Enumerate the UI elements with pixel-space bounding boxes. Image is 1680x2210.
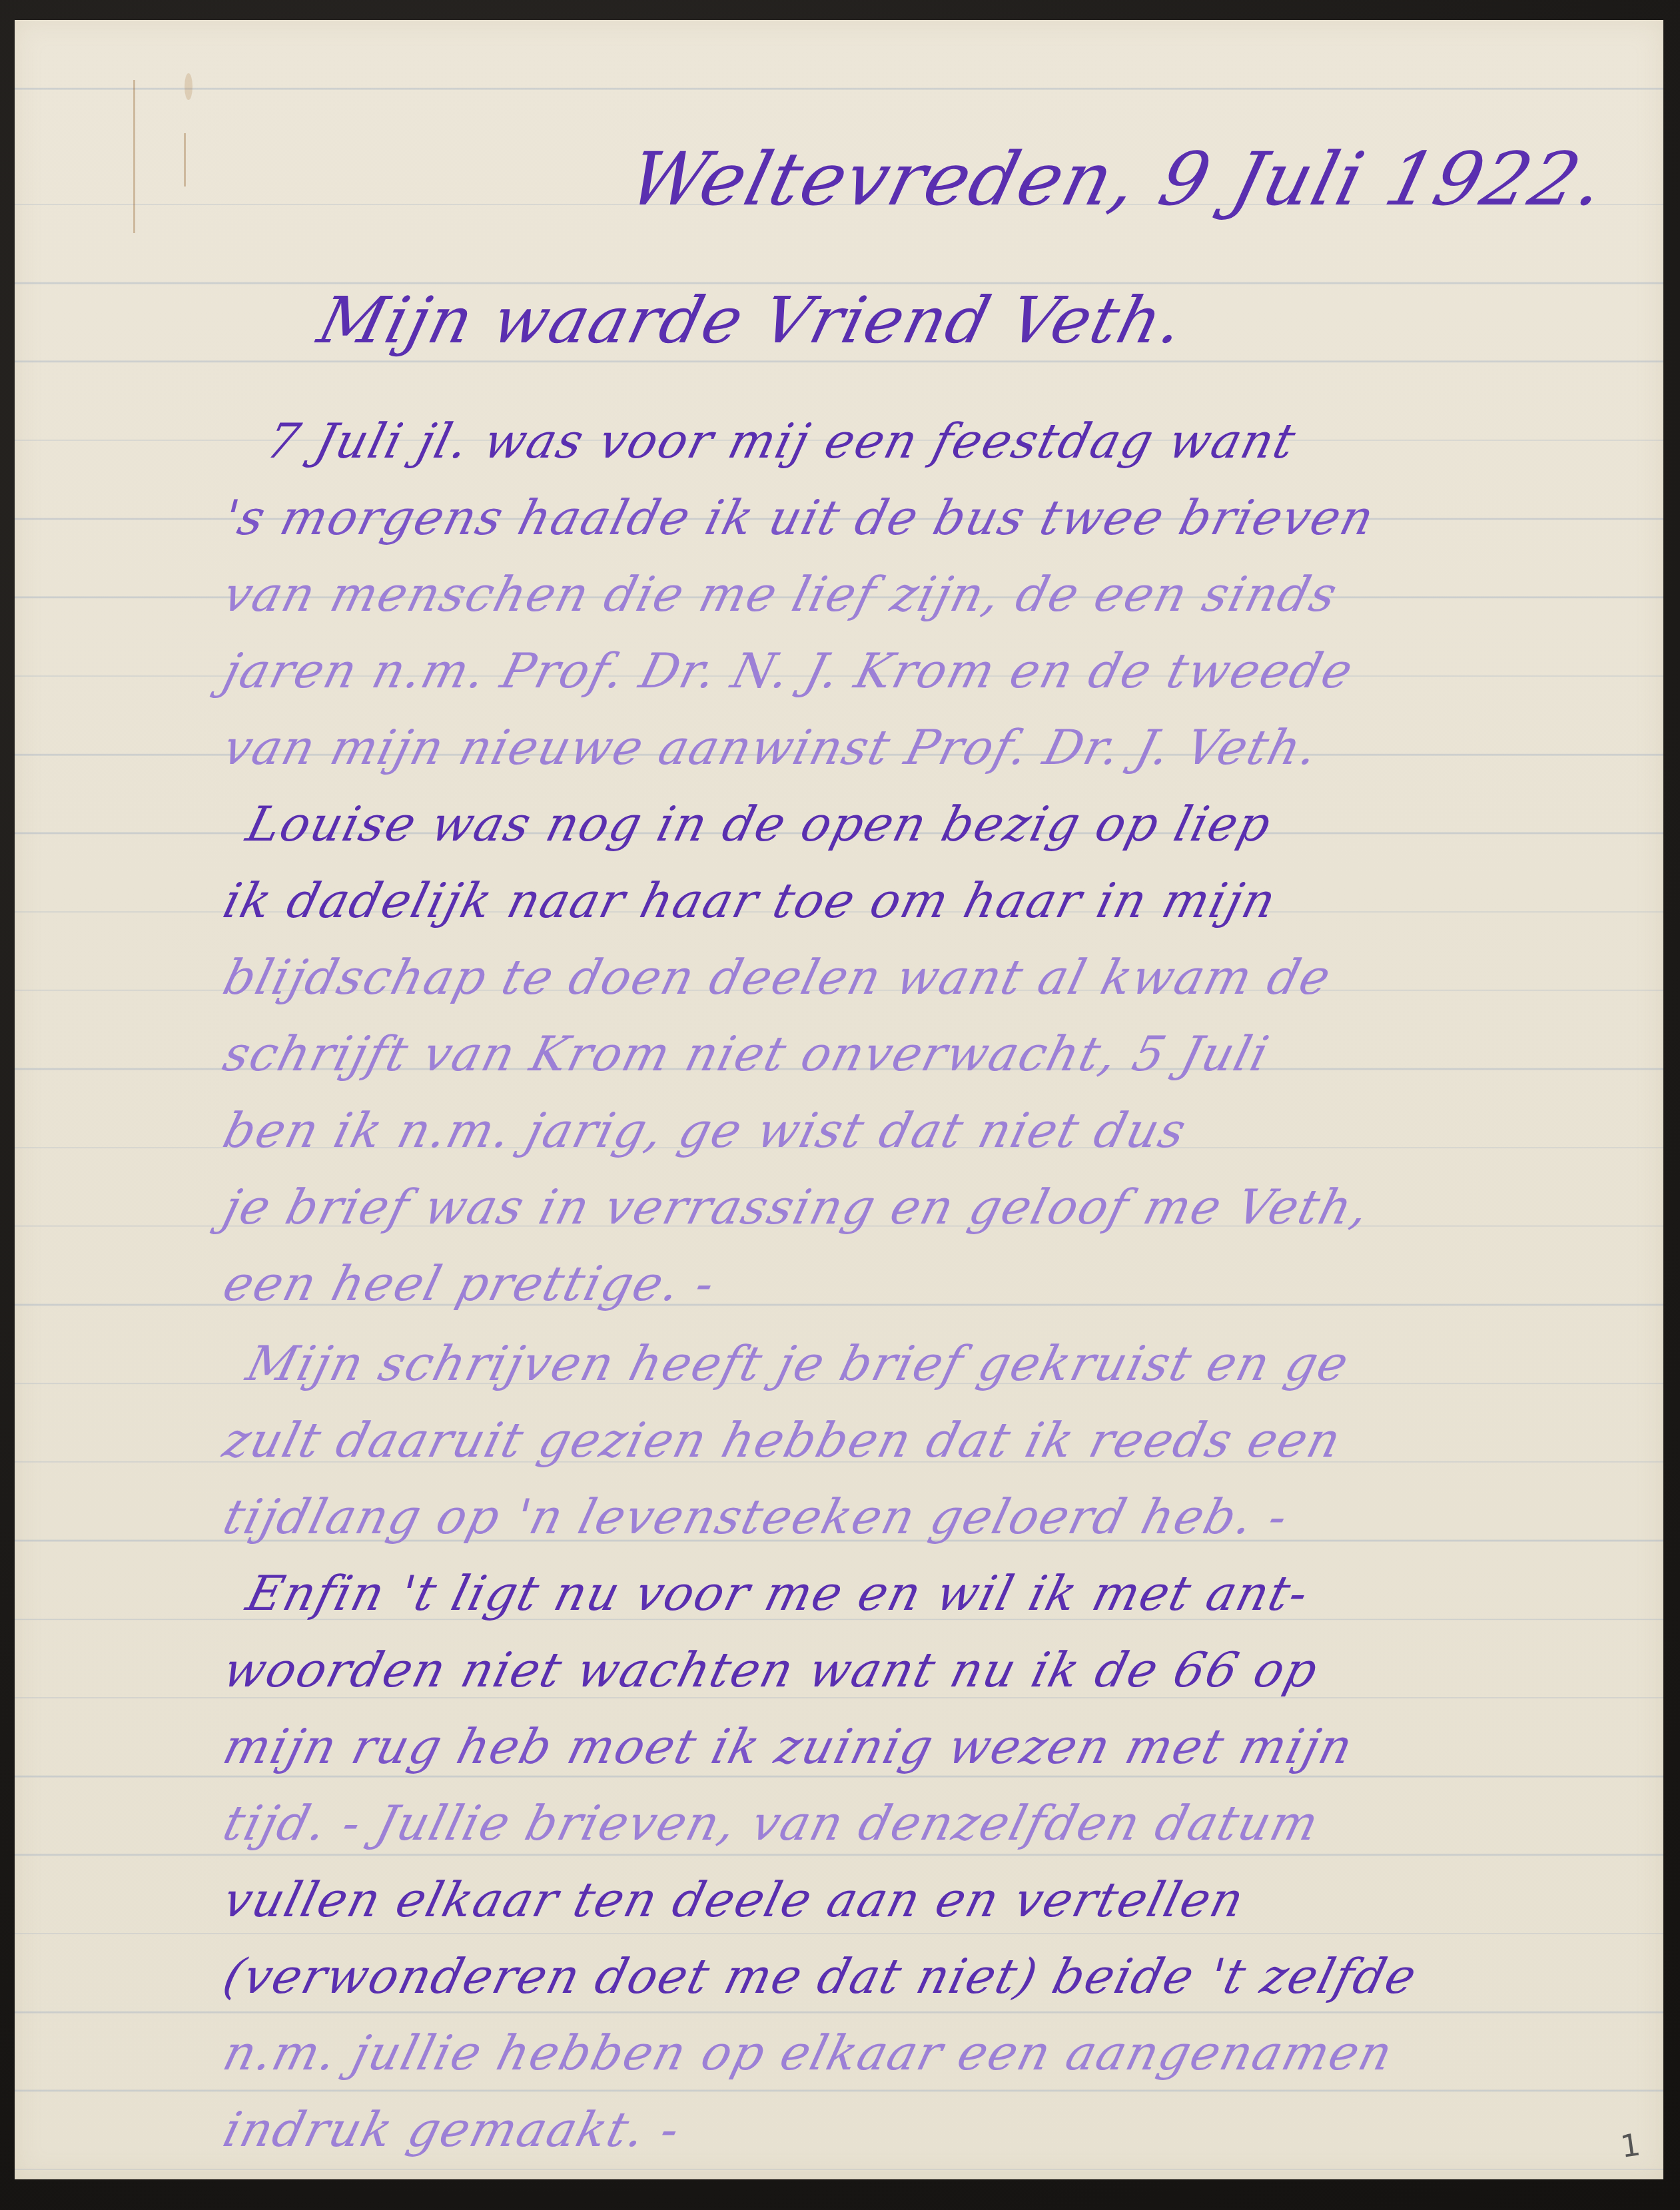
letter-line: Louise was nog in de open bezig op liep (241, 796, 1278, 852)
letter-line: je brief was in verrassing en geloof me … (218, 1179, 1376, 1235)
stain-mark (133, 80, 135, 233)
letter-line: schrijft van Krom niet onverwacht, 5 Jul… (218, 1026, 1276, 1082)
letter-line: jaren n.m. Prof. Dr. N. J. Krom en de tw… (218, 643, 1360, 699)
place-date-heading: Weltevreden, 9 Juli 1922. (621, 137, 1615, 222)
letter-line: woorden niet wachten want nu ik de 66 op (218, 1642, 1324, 1698)
letter-line: 7 Juli jl. was voor mij een feestdag wan… (261, 413, 1302, 469)
letter-page: Weltevreden, 9 Juli 1922. Mijn waarde Vr… (15, 20, 1663, 2179)
letter-line: tijd. - Jullie brieven, van denzelfden d… (218, 1795, 1325, 1851)
letter-line: blijdschap te doen deelen want al kwam d… (218, 949, 1338, 1005)
letter-line: een heel prettige. - (218, 1256, 721, 1311)
letter-line: n.m. jullie hebben op elkaar een aangena… (218, 2025, 1399, 2081)
letter-line: tijdlang op 'n levensteeken geloerd heb.… (218, 1489, 1294, 1545)
letter-line: van menschen die me lief zijn, de een si… (218, 566, 1344, 622)
letter-line: (verwonderen doet me dat niet) beide 't … (218, 1948, 1423, 2004)
letter-line: zult daaruit gezien hebben dat ik reeds … (218, 1412, 1348, 1468)
letter-line: ik dadelijk naar haar toe om haar in mij… (218, 873, 1282, 928)
letter-line: ben ik n.m. jarig, ge wist dat niet dus (218, 1102, 1192, 1158)
letter-line: 's morgens haalde ik uit de bus twee bri… (218, 490, 1380, 546)
letter-line: van mijn nieuwe aanwinst Prof. Dr. J. Ve… (218, 719, 1325, 775)
letter-line: Mijn schrijven heeft je brief gekruist e… (241, 1335, 1355, 1391)
stain-mark (184, 133, 186, 186)
salutation: Mijn waarde Vriend Veth. (311, 283, 1192, 358)
stain-mark (185, 73, 193, 100)
letter-line: mijn rug heb moet ik zuinig wezen met mi… (218, 1718, 1360, 1774)
letter-line: indruk gemaakt. - (218, 2101, 686, 2157)
letter-line: vullen elkaar ten deele aan en vertellen (218, 1872, 1250, 1928)
letter-line: Enfin 't ligt nu voor me en wil ik met a… (241, 1565, 1315, 1621)
